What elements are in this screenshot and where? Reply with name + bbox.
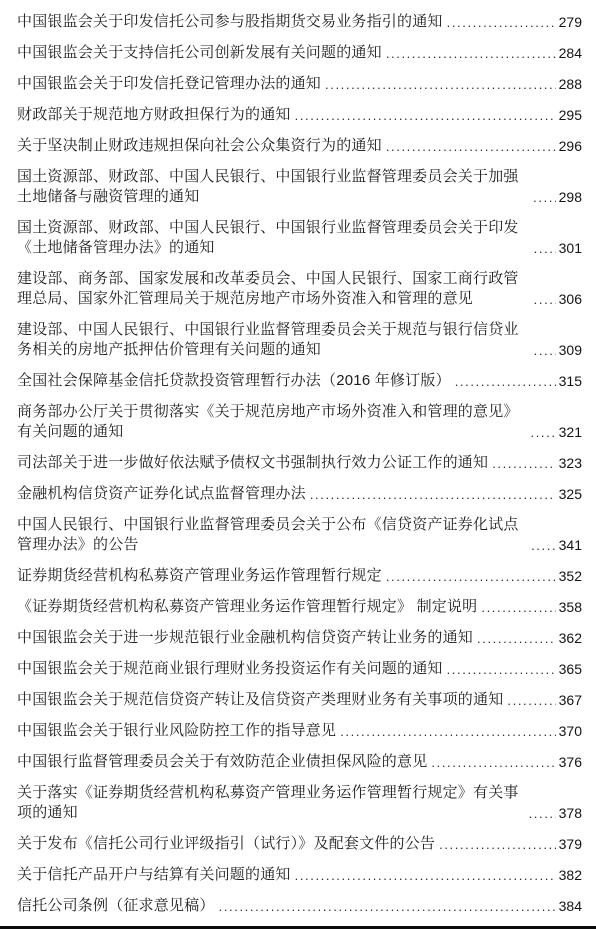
toc-entry-title: 中国银监会关于规范信贷资产转让及信贷资产类理财业务有关事项的通知 — [17, 690, 503, 710]
dot-leader — [439, 835, 556, 854]
toc-page: 中国银监会关于印发信托公司参与股指期货交易业务指引的通知 279 中国银监会关于… — [0, 0, 596, 916]
toc-entry: 中国银监会关于进一步规范银行业金融机构信贷资产转让业务的通知 362 — [17, 628, 582, 648]
toc-entry-title: 商务部办公厅关于贯彻落实《关于规范房地产市场外资准入和管理的意见》有关问题的通知 — [17, 402, 527, 442]
toc-entry-title: 国土资源部、财政部、中国人民银行、中国银行业监督管理委员会关于加强土地储备与融资… — [17, 167, 529, 207]
dot-leader — [531, 423, 556, 442]
toc-entry-title: 中国银监会关于规范商业银行理财业务投资运作有关问题的通知 — [17, 659, 443, 679]
dot-leader — [531, 536, 556, 555]
toc-page-number: 352 — [559, 566, 582, 586]
toc-entry: 司法部关于进一步做好依法赋予债权文书强制执行效力公证工作的通知 323 — [17, 453, 582, 473]
dot-leader — [481, 598, 555, 617]
toc-entry-title: 《证券期货经营机构私募资产管理业务运作管理暂行规定》 制定说明 — [17, 597, 477, 617]
toc-list: 中国银监会关于印发信托公司参与股指期货交易业务指引的通知 279 中国银监会关于… — [17, 12, 582, 916]
toc-entry: 国土资源部、财政部、中国人民银行、中国银行业监督管理委员会关于印发《土地储备管理… — [17, 218, 582, 258]
toc-entry: 关于落实《证券期货经营机构私募资产管理业务运作管理暂行规定》有关事项的通知 37… — [17, 783, 582, 823]
toc-entry-title: 中国人民银行、中国银行业监督管理委员会关于公布《信贷资产证券化试点管理办法》的公… — [17, 515, 527, 555]
dot-leader — [386, 44, 556, 63]
toc-page-number: 341 — [559, 535, 582, 555]
toc-entry-title: 中国银监会关于支持信托公司创新发展有关问题的通知 — [17, 43, 382, 63]
toc-entry: 建设部、商务部、国家发展和改革委员会、中国人民银行、国家工商行政管理总局、国家外… — [17, 269, 582, 309]
toc-entry-title: 关于信托产品开户与结算有关问题的通知 — [17, 865, 291, 885]
dot-leader — [492, 454, 555, 473]
toc-entry-title: 关于落实《证券期货经营机构私募资产管理业务运作管理暂行规定》有关事项的通知 — [17, 783, 525, 823]
toc-entry-title: 关于坚决制止财政违规担保向社会公众集资行为的通知 — [17, 136, 382, 156]
dot-leader — [431, 753, 555, 772]
toc-entry: 中国人民银行、中国银行业监督管理委员会关于公布《信贷资产证券化试点管理办法》的公… — [17, 515, 582, 555]
toc-entry: 全国社会保障基金信托贷款投资管理暂行办法（2016 年修订版） 315 — [17, 371, 582, 391]
toc-page-number: 284 — [559, 43, 582, 63]
toc-page-number: 384 — [559, 896, 582, 916]
dot-leader — [219, 897, 556, 916]
toc-entry-title: 中国银监会关于印发信托公司参与股指期货交易业务指引的通知 — [17, 12, 443, 32]
toc-entry-title: 中国银监会关于印发信托登记管理办法的通知 — [17, 74, 321, 94]
dot-leader — [325, 75, 556, 94]
toc-entry: 中国银监会关于印发信托公司参与股指期货交易业务指引的通知 279 — [17, 12, 582, 32]
toc-page-number: 358 — [559, 597, 582, 617]
toc-entry: 中国银监会关于规范信贷资产转让及信贷资产类理财业务有关事项的通知 367 — [17, 690, 582, 710]
toc-page-number: 301 — [559, 238, 582, 258]
dot-leader — [447, 660, 556, 679]
toc-entry-title: 建设部、中国人民银行、中国银行业监督管理委员会关于规范与银行信贷业务相关的房地产… — [17, 320, 530, 360]
dot-leader — [477, 629, 556, 648]
toc-entry-title: 全国社会保障基金信托贷款投资管理暂行办法（2016 年修订版） — [17, 371, 451, 391]
toc-page-number: 382 — [559, 865, 582, 885]
toc-entry: 中国银监会关于支持信托公司创新发展有关问题的通知 284 — [17, 43, 582, 63]
toc-entry-title: 中国银监会关于进一步规范银行业金融机构信贷资产转让业务的通知 — [17, 628, 473, 648]
dot-leader — [507, 691, 555, 710]
toc-page-number: 378 — [559, 803, 582, 823]
toc-entry: 财政部关于规范地方财政担保行为的通知 295 — [17, 105, 582, 125]
toc-page-number: 325 — [559, 484, 582, 504]
toc-entry-title: 关于发布《信托公司行业评级指引（试行）》及配套文件的公告 — [17, 834, 435, 854]
dot-leader — [340, 722, 555, 741]
toc-page-number: 296 — [559, 136, 582, 156]
toc-page-number: 379 — [559, 834, 582, 854]
toc-entry: 金融机构信贷资产证券化试点监督管理办法 325 — [17, 484, 582, 504]
toc-entry: 关于发布《信托公司行业评级指引（试行）》及配套文件的公告 379 — [17, 834, 582, 854]
toc-entry-title: 建设部、商务部、国家发展和改革委员会、中国人民银行、国家工商行政管理总局、国家外… — [17, 269, 530, 309]
toc-entry: 中国银监会关于规范商业银行理财业务投资运作有关问题的通知 365 — [17, 659, 582, 679]
toc-entry-title: 国土资源部、财政部、中国人民银行、中国银行业监督管理委员会关于印发《土地储备管理… — [17, 218, 530, 258]
toc-page-number: 370 — [559, 721, 582, 741]
toc-page-number: 367 — [559, 690, 582, 710]
toc-page-number: 315 — [559, 371, 582, 391]
toc-entry-title: 中国银监会关于银行业风险防控工作的指导意见 — [17, 721, 336, 741]
toc-entry: 证券期货经营机构私募资产管理业务运作管理暂行规定 352 — [17, 566, 582, 586]
toc-entry: 信托公司条例（征求意见稿） 384 — [17, 896, 582, 916]
dot-leader — [310, 485, 556, 504]
toc-entry-title: 中国银行监督管理委员会关于有效防范企业债担保风险的意见 — [17, 752, 427, 772]
dot-leader — [534, 341, 556, 360]
toc-entry-title: 证券期货经营机构私募资产管理业务运作管理暂行规定 — [17, 566, 382, 586]
dot-leader — [534, 239, 556, 258]
toc-entry: 国土资源部、财政部、中国人民银行、中国银行业监督管理委员会关于加强土地储备与融资… — [17, 167, 582, 207]
dot-leader — [529, 804, 556, 823]
toc-page-number: 279 — [559, 12, 582, 32]
toc-page-number: 288 — [559, 74, 582, 94]
dot-leader — [533, 188, 555, 207]
dot-leader — [295, 106, 556, 125]
toc-entry-title: 司法部关于进一步做好依法赋予债权文书强制执行效力公证工作的通知 — [17, 453, 488, 473]
toc-page-number: 309 — [559, 340, 582, 360]
toc-page-number: 321 — [559, 422, 582, 442]
dot-leader — [455, 372, 556, 391]
toc-entry: 中国银监会关于银行业风险防控工作的指导意见 370 — [17, 721, 582, 741]
toc-entry: 中国银监会关于印发信托登记管理办法的通知 288 — [17, 74, 582, 94]
toc-entry-title: 财政部关于规范地方财政担保行为的通知 — [17, 105, 291, 125]
toc-page-number: 376 — [559, 752, 582, 772]
toc-page-number: 323 — [559, 453, 582, 473]
toc-entry: 关于坚决制止财政违规担保向社会公众集资行为的通知 296 — [17, 136, 582, 156]
dot-leader — [534, 290, 556, 309]
dot-leader — [386, 567, 556, 586]
dot-leader — [447, 13, 556, 32]
toc-entry: 关于信托产品开户与结算有关问题的通知 382 — [17, 865, 582, 885]
toc-page-number: 365 — [559, 659, 582, 679]
toc-entry: 商务部办公厅关于贯彻落实《关于规范房地产市场外资准入和管理的意见》有关问题的通知… — [17, 402, 582, 442]
toc-page-number: 295 — [559, 105, 582, 125]
toc-entry: 《证券期货经营机构私募资产管理业务运作管理暂行规定》 制定说明 358 — [17, 597, 582, 617]
toc-page-number: 306 — [559, 289, 582, 309]
toc-entry: 中国银行监督管理委员会关于有效防范企业债担保风险的意见 376 — [17, 752, 582, 772]
toc-entry: 建设部、中国人民银行、中国银行业监督管理委员会关于规范与银行信贷业务相关的房地产… — [17, 320, 582, 360]
dot-leader — [295, 866, 556, 885]
toc-entry-title: 信托公司条例（征求意见稿） — [17, 896, 215, 916]
toc-entry-title: 金融机构信贷资产证券化试点监督管理办法 — [17, 484, 306, 504]
toc-page-number: 362 — [559, 628, 582, 648]
dot-leader — [386, 137, 556, 156]
toc-page-number: 298 — [559, 187, 582, 207]
